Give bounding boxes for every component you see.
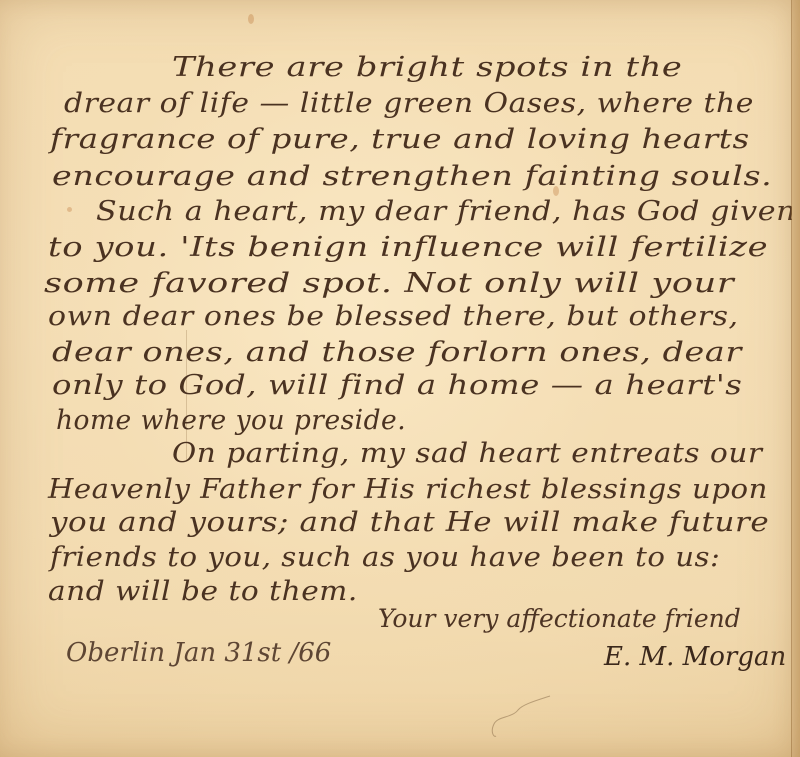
closing-line: Your very affectionate friend: [378, 604, 741, 633]
letter-line: you and yours; and that He will make fut…: [50, 507, 769, 538]
letter-line: some favored spot. Not only will your: [44, 268, 734, 299]
letter-line: and will be to them.: [48, 576, 358, 607]
letter-page: There are bright spots in the drear of l…: [0, 0, 800, 757]
letter-line: drear of life — little green Oases, wher…: [64, 88, 754, 119]
foxing-spot: [67, 207, 72, 212]
letter-line: encourage and strengthen fainting souls.: [52, 161, 772, 192]
letter-line: There are bright spots in the: [172, 52, 682, 83]
letter-line: friends to you, such as you have been to…: [50, 542, 720, 573]
letter-line: Heavenly Father for His richest blessing…: [48, 474, 768, 505]
letter-line: to you. 'Its benign influence will ferti…: [48, 232, 768, 263]
letter-line: fragrance of pure, true and loving heart…: [50, 124, 750, 155]
letter-line: On parting, my sad heart entreats our: [172, 438, 763, 469]
pen-flourish: [488, 690, 558, 740]
binding-strip: [792, 0, 800, 757]
letter-line: dear ones, and those forlorn ones, dear: [52, 337, 742, 368]
signature: E. M. Morgan: [604, 642, 786, 672]
letter-line: own dear ones be blessed there, but othe…: [48, 301, 739, 332]
letter-line: Such a heart, my dear friend, has God gi…: [96, 196, 796, 227]
foxing-spot: [248, 14, 254, 24]
place-date: Oberlin Jan 31st /66: [66, 638, 331, 668]
letter-line: only to God, will find a home — a heart'…: [52, 370, 742, 401]
letter-line: home where you preside.: [56, 405, 406, 436]
